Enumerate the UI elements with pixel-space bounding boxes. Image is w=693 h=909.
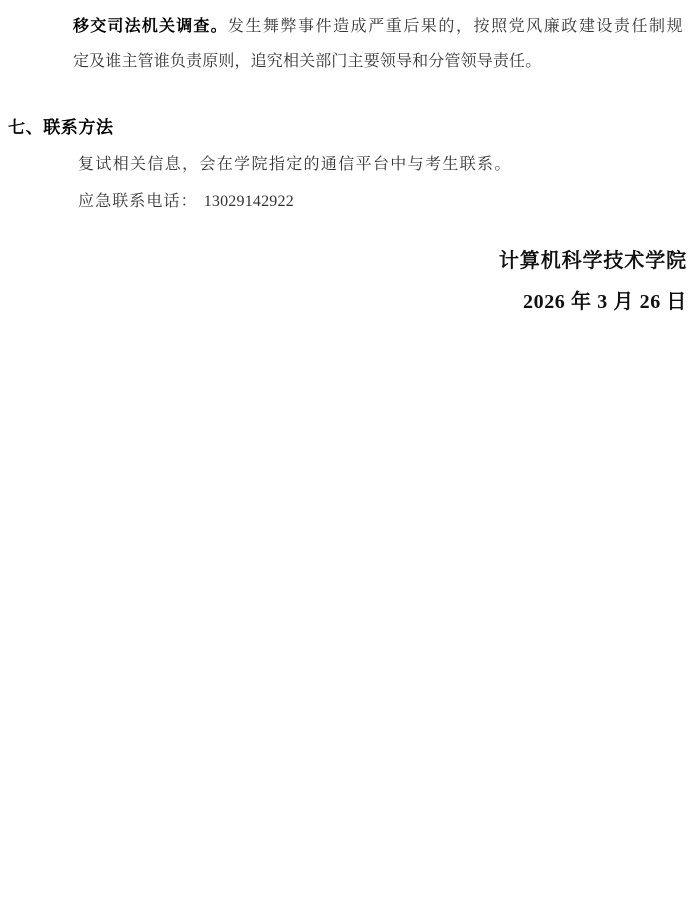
section-heading-contact-methods: 七、联系方法 (8, 117, 114, 138)
emergency-phone-line: 应急联系电话：13029142922 (78, 192, 294, 212)
penalty-paragraph-line-1-text: 发生舞弊事件造成严重后果的，按照党风廉政建设责任制规 (228, 18, 684, 35)
signature-department: 计算机科学技术学院 (499, 249, 687, 274)
emergency-phone-label: 应急联系电话： (78, 193, 198, 210)
penalty-paragraph-bold-lead: 移交司法机关调查。 (73, 18, 228, 35)
contact-info-line: 复试相关信息，会在学院指定的通信平台中与考生联系。 (78, 155, 512, 175)
penalty-paragraph-line-1: 移交司法机关调查。发生舞弊事件造成严重后果的，按照党风廉政建设责任制规 (73, 17, 684, 37)
emergency-phone-number: 13029142922 (198, 193, 294, 210)
penalty-paragraph-line-2: 定及谁主管谁负责原则，追究相关部门主要领导和分管领导责任。 (73, 52, 541, 72)
document-page: 移交司法机关调查。发生舞弊事件造成严重后果的，按照党风廉政建设责任制规 定及谁主… (0, 0, 693, 909)
signature-date: 2026 年 3 月 26 日 (523, 290, 687, 315)
